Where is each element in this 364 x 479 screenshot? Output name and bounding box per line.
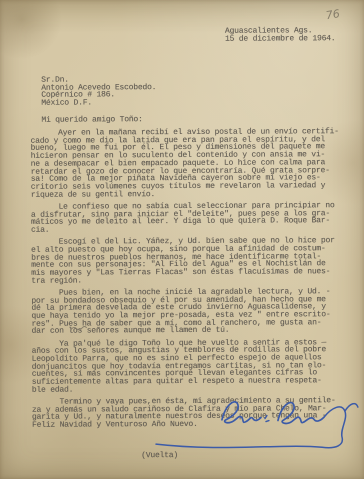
dateline-date: 15 de diciembre de 1964. [225,34,335,44]
handwritten-page-number: 76 [325,7,341,22]
recipient-address: Sr.Dn. Antonio Acevedo Escobedo. Copérni… [41,76,156,107]
letter-page: 76 Aguascalientes Ags.15 de diciembre de… [0,0,364,479]
paragraph-1: Ayer en la mañana recibí el aviso postal… [30,128,342,199]
dateline: Aguascalientes Ags.15 de diciembre de 19… [225,27,336,43]
letter-content: 76 Aguascalientes Ags.15 de diciembre de… [0,0,364,479]
paragraph-2: Le confieso que no sabía cual selecciona… [31,202,343,234]
salutation: Mi querido amigo Toño: [41,116,142,124]
pencil-correction-mark [68,324,88,333]
paragraph-3: Escogí el del Lic. Yáñez, y Ud. bien sab… [31,237,343,285]
page-turn-note: (Vuelta) [141,452,178,460]
letter-body: Ayer en la mañana recibí el aviso postal… [30,128,344,434]
paragraph-5: Ya pa'qué le digo Toño lo que he vuelto … [32,339,344,395]
